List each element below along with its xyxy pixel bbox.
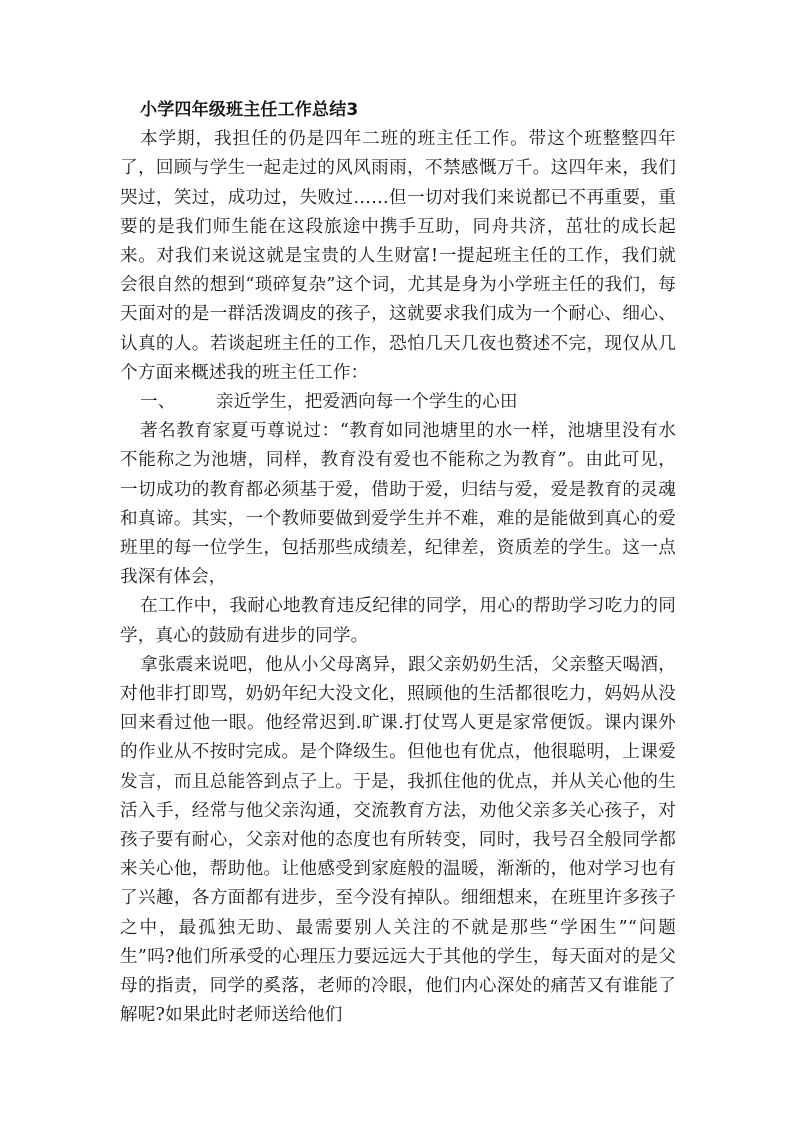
body-paragraph: 在工作中，我耐心地教育违反纪律的同学，用心的帮助学习吃力的同学，真心的鼓励有进步… — [120, 592, 676, 650]
document-page: 小学四年级班主任工作总结3 本学期，我担任的仍是四年二班的班主任工作。带这个班整… — [120, 96, 676, 1031]
intro-paragraph: 本学期，我担任的仍是四年二班的班主任工作。带这个班整整四年了，回顾与学生一起走过… — [120, 125, 676, 388]
body-paragraph: 著名教育家夏丏尊说过：“教育如同池塘里的水一样，池塘里没有水不能称之为池塘，同样… — [120, 417, 676, 592]
section-number: 一、 — [140, 388, 216, 417]
section-heading-text: 亲近学生，把爱洒向每一个学生的心田 — [216, 392, 518, 412]
document-title: 小学四年级班主任工作总结3 — [120, 96, 676, 125]
body-paragraph: 拿张震来说吧，他从小父母离异，跟父亲奶奶生活，父亲整天喝酒，对他非打即骂，奶奶年… — [120, 651, 676, 1031]
section-heading: 一、亲近学生，把爱洒向每一个学生的心田 — [120, 388, 676, 417]
